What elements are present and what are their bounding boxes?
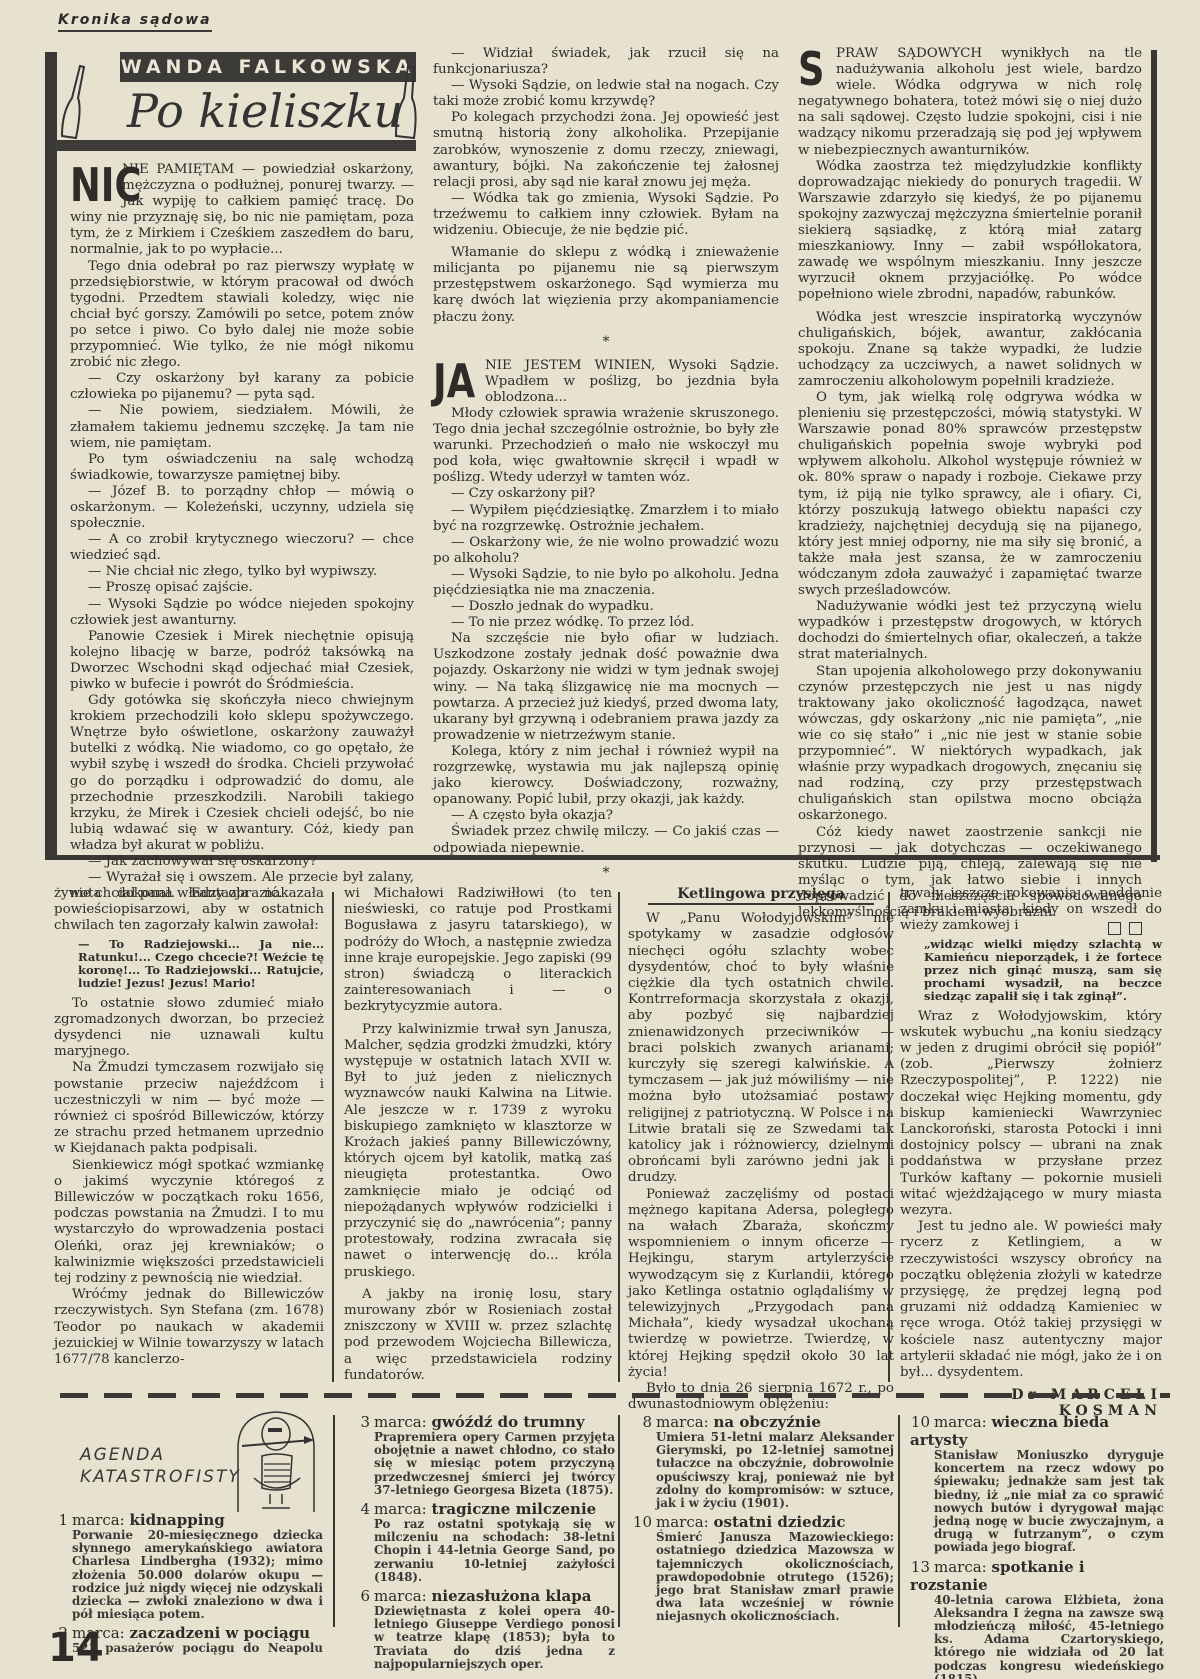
agenda-title: AGENDA KATASTROFISTY	[80, 1444, 241, 1488]
entry-text: Porwanie 20-miesięcznego dziecka słynneg…	[72, 1529, 323, 1621]
paragraph: trwały jeszcze rokowania o poddanie zamk…	[900, 886, 1162, 935]
bottle-icon	[392, 64, 418, 140]
paragraph: Panowie Czesiek i Mirek niechętnie opisu…	[70, 629, 414, 693]
agenda-entry: 4marca: tragiczne milczenie Po raz ostat…	[350, 1500, 615, 1584]
paragraph: — Nie powiem, siedziałem. Mówili, że zła…	[70, 403, 414, 451]
article2-column-1: żywota dokonał. Fantazja nakazała powieś…	[54, 886, 324, 1368]
paragraph: — Jak zachowywał się oskarżony?	[70, 854, 414, 870]
paragraph: Wódka jest wreszcie inspiratorką wyczynó…	[798, 310, 1142, 390]
page-number: 14	[48, 1625, 104, 1671]
article-title: Po kieliszku	[110, 82, 420, 140]
paragraph: Jest tu jedno ale. W powieści mały rycer…	[900, 1219, 1162, 1381]
entry-day: 8	[632, 1413, 652, 1431]
paragraph: — Wódka tak go zmienia, Wysoki Sądzie. P…	[433, 191, 779, 239]
paragraph: — A co zrobił krytycznego wieczoru? — ch…	[70, 532, 414, 564]
dashed-divider	[60, 1393, 1170, 1398]
paragraph: Ponieważ zaczęliśmy od postaci mężnego k…	[628, 1187, 894, 1381]
entry-headline: kidnapping	[130, 1511, 225, 1529]
article2-column-2: wi Michałowi Radziwiłłowi (to ten nieświ…	[344, 886, 612, 1384]
entry-day: 3	[350, 1413, 370, 1431]
article1-column-1: NIC NIE PAMIĘTAM — powiedział oskarżony,…	[70, 162, 414, 902]
entry-month: marca:	[934, 1413, 987, 1431]
author-name: WANDA FALKOWSKA	[120, 52, 416, 82]
paragraph: To ostatnie słowo zdumieć miało zgromadz…	[54, 996, 324, 1061]
entry-headline: zaczadzeni w pociągu	[130, 1624, 311, 1642]
paragraph: Nadużywanie wódki jest też przyczyną wie…	[798, 599, 1142, 663]
paragraph: — Nie chciał nic złego, tylko był wypiws…	[70, 564, 414, 580]
paragraph: Na Żmudzi tymczasem rozwijało się powsta…	[54, 1060, 324, 1157]
paragraph: Włamanie do sklepu z wódką i znieważenie…	[433, 245, 779, 325]
article2-column-4: trwały jeszcze rokowania o poddanie zamk…	[900, 886, 1162, 1420]
agenda-column-4: 10marca: wieczna bieda artysty Stanisław…	[910, 1410, 1164, 1679]
agenda-title-line-1: AGENDA	[80, 1444, 241, 1466]
entry-day: 1	[48, 1511, 68, 1529]
bottle-icon	[60, 64, 86, 140]
paragraph: — Czy oskarżony pił?	[433, 486, 779, 502]
title-underline-bar	[56, 140, 416, 151]
paragraph: Kolega, który z nim jechał i również wyp…	[433, 744, 779, 808]
section-separator: *	[433, 865, 779, 881]
paragraph: Młody człowiek sprawia wrażenie skruszon…	[433, 406, 779, 486]
paragraph: Świadek przez chwilę milczy. — Co jakiś …	[433, 824, 779, 856]
paragraph: — Wysoki Sądzie, on ledwie stał na nogac…	[433, 78, 779, 110]
dropcap: NIC	[70, 164, 104, 206]
paragraph: — Proszę opisać zajście.	[70, 580, 414, 596]
entry-month: marca:	[374, 1413, 427, 1431]
paragraph: Stan upojenia alkoholowego przy dokonywa…	[798, 664, 1142, 825]
paragraph: — Czy oskarżony był karany za pobicie cz…	[70, 371, 414, 403]
article1-column-2: — Widział świadek, jak rzucił się na fun…	[433, 46, 779, 889]
entry-text: 40-letnia carowa Elżbieta, żona Aleksand…	[934, 1594, 1164, 1679]
paragraph: żywota dokonał. Fantazja nakazała powieś…	[54, 886, 324, 935]
entry-month: marca:	[656, 1513, 709, 1531]
entry-text: 521 pasażerów pociągu do Neapolu uległo …	[72, 1642, 323, 1656]
entry-text: Prapremiera opery Carmen przyjęta obojęt…	[374, 1431, 615, 1497]
agenda-entry: 8marca: na obczyźnie Umiera 51-letni mal…	[632, 1413, 894, 1510]
block-quote: „widząc wielki między szlachtą w Kamieńc…	[924, 938, 1162, 1003]
paragraph: Gdy gotówka się skończyła nieco chwiejny…	[70, 693, 414, 854]
paragraph: — To nie przez wódkę. To przez lód.	[433, 615, 779, 631]
article1-column-3: S PRAW SĄDOWYCH wynikłych na tle nadużyw…	[798, 46, 1142, 937]
paragraph: NIE JESTEM WINIEN, Wysoki Sądzie. Wpadłe…	[433, 358, 779, 406]
paragraph: — Widział świadek, jak rzucił się na fun…	[433, 46, 779, 78]
entry-text: Umiera 51-letni malarz Aleksander Gierym…	[656, 1431, 894, 1510]
entry-day: 13	[910, 1558, 930, 1576]
agenda-column-2: 3marca: gwóźdź do trumny Prapremiera ope…	[350, 1410, 615, 1671]
frame-right-rule	[1151, 50, 1157, 862]
entry-day: 10	[632, 1513, 652, 1531]
entry-text: Dziewiętnasta z kolei opera 40-letniego …	[374, 1605, 615, 1671]
entry-day: 4	[350, 1500, 370, 1518]
entry-headline: na obczyźnie	[714, 1413, 821, 1431]
entry-headline: niezasłużona klapa	[432, 1587, 592, 1605]
paragraph: A jakby na ironię losu, stary murowany z…	[344, 1287, 612, 1384]
paragraph: Wódka zaostrza też międzyludzkie konflik…	[798, 159, 1142, 304]
paragraph: Wróćmy jednak do Billewiczów rzeczywisty…	[54, 1287, 324, 1368]
column-rule	[332, 892, 334, 1382]
entry-text: Po raz ostatni spotykają się w milczeniu…	[374, 1518, 615, 1584]
paragraph: W „Panu Wołodyjowskim” nie spotykamy w z…	[628, 911, 894, 1186]
entry-headline: gwóźdź do trumny	[432, 1413, 585, 1431]
entry-text: Śmierć Janusza Mazowieckiego: ostatniego…	[656, 1531, 894, 1623]
article2-title: Ketlingowa przysięga	[648, 886, 874, 905]
entry-month: marca:	[374, 1587, 427, 1605]
agenda-column-3: 8marca: na obczyźnie Umiera 51-letni mal…	[632, 1410, 894, 1624]
column-rule	[618, 1415, 620, 1627]
paragraph: — Wypiłem pięćdziesiątkę. Zmarzłem i to …	[433, 503, 779, 535]
paragraph: Sienkiewicz mógł spotkać wzmiankę o jaki…	[54, 1158, 324, 1288]
agenda-entry: 6marca: niezasłużona klapa Dziewiętnasta…	[350, 1587, 615, 1671]
dropcap: JA	[433, 360, 467, 402]
paragraph: Na szczęście nie było ofiar w ludziach. …	[433, 631, 779, 744]
paragraph: — Oskarżony wie, że nie wolno prowadzić …	[433, 535, 779, 567]
entry-text: Stanisław Moniuszko dyryguje koncertem n…	[934, 1449, 1164, 1555]
entry-day: 10	[910, 1413, 930, 1431]
article2-column-3: Ketlingowa przysięga W „Panu Wołodyjowsk…	[628, 886, 894, 1414]
block-quote: — To Radziejowski... Ja nie... Ratunku!.…	[78, 938, 324, 990]
paragraph: wi Michałowi Radziwiłłowi (to ten nieświ…	[344, 886, 612, 1016]
column-rule	[618, 892, 620, 1382]
column-rule	[333, 1415, 335, 1627]
paragraph: Tego dnia odebrał po raz pierwszy wypłat…	[70, 259, 414, 372]
paragraph: — Doszło jednak do wypadku.	[433, 599, 779, 615]
agenda-entry: 10marca: wieczna bieda artysty Stanisław…	[910, 1413, 1164, 1555]
entry-month: marca:	[72, 1511, 125, 1529]
entry-month: marca:	[374, 1500, 427, 1518]
entry-headline: tragiczne milczenie	[432, 1500, 597, 1518]
paragraph: — A często była okazja?	[433, 808, 779, 824]
entry-month: marca:	[656, 1413, 709, 1431]
agenda-entry: 10marca: ostatni dziedzic Śmierć Janusza…	[632, 1513, 894, 1623]
agenda-entry: 13marca: spotkanie i rozstanie 40-letnia…	[910, 1558, 1164, 1679]
paragraph: Po kolegach przychodzi żona. Jej opowieś…	[433, 110, 779, 190]
paragraph: PRAW SĄDOWYCH wynikłych na tle nadużywan…	[798, 46, 1142, 159]
paragraph: O tym, jak wielką rolę odgrywa wódka w p…	[798, 390, 1142, 599]
paragraph: — Józef B. to porządny chłop — mówią o o…	[70, 484, 414, 532]
skeleton-illustration-icon	[232, 1408, 318, 1514]
column-rule	[898, 1415, 900, 1627]
entry-day: 6	[350, 1587, 370, 1605]
paragraph: Po tym oświadczeniu na salę wchodzą świa…	[70, 452, 414, 484]
dropcap: S	[798, 48, 820, 90]
paragraph: Przy kalwinizmie trwał syn Janusza, Malc…	[344, 1022, 612, 1281]
entry-month: marca:	[934, 1558, 987, 1576]
entry-headline: ostatni dziedzic	[714, 1513, 846, 1531]
paragraph: — Wysoki Sądzie po wódce niejeden spokoj…	[70, 597, 414, 629]
column-rule	[888, 892, 890, 1382]
agenda-entry: 1marca: kidnapping Porwanie 20-miesięczn…	[48, 1511, 323, 1621]
agenda-entry: 3marca: gwóźdź do trumny Prapremiera ope…	[350, 1413, 615, 1497]
agenda-title-line-2: KATASTROFISTY	[80, 1466, 241, 1488]
paragraph: — Wysoki Sądzie, to nie było po alkoholu…	[433, 567, 779, 599]
section-label: Kronika sądowa	[58, 12, 212, 32]
section-separator: *	[433, 334, 779, 350]
paragraph: Wraz z Wołodyjowskim, który wskutek wybu…	[900, 1009, 1162, 1220]
